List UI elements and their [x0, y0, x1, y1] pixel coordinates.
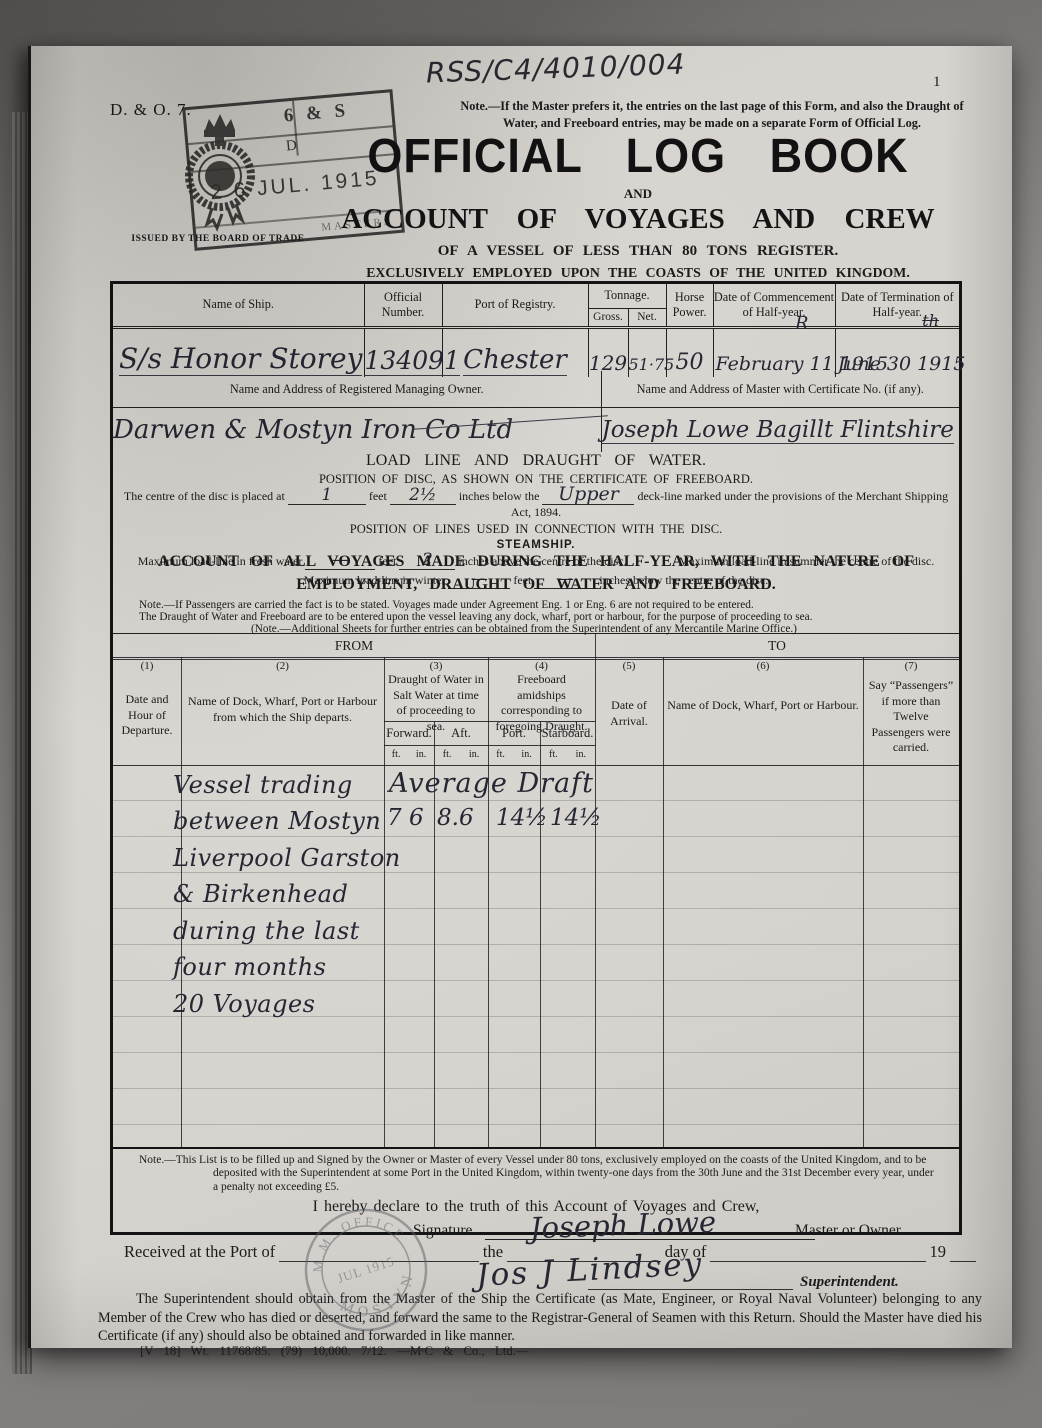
stamp-date-text: JUL 1915 [335, 1253, 396, 1286]
voyage-entry-line: Liverpool Garston [173, 844, 401, 872]
signature-row: Signature Joseph Lowe Master or Owner. [113, 1216, 959, 1242]
port-header: Port. [488, 721, 540, 745]
col5-header: (5)Date of Arrival. [595, 657, 663, 765]
col-header-commencement: Date of Commencement of Half-year. [713, 284, 835, 328]
freeboard-starboard-value: 14½ [550, 805, 602, 831]
col4-header: (4)Freeboard amidships corresponding to … [488, 657, 595, 721]
header-note: Note.—If the Master prefers it, the entr… [458, 98, 966, 131]
log-book-page: 1 D. & O. 7. RSS/C4/4010/004 Note.—If th… [28, 46, 1012, 1348]
form-body: Name of Ship. Official Number. Port of R… [110, 281, 962, 1235]
superintendent-instructions: The Superintendent should obtain from th… [98, 1290, 982, 1346]
col-header-owner: Name and Address of Registered Managing … [113, 371, 601, 408]
master-value: Joseph Lowe Bagillt Flintshire [602, 417, 954, 444]
owner-value: Darwen & Mostyn Iron Co Ltd [113, 415, 513, 445]
deck-line-slot: Upper [542, 489, 634, 505]
load-line-line1: POSITION OF DISC, AS SHOWN ON THE CERTIF… [113, 472, 959, 487]
freeboard-port-value: 14½ [496, 805, 548, 831]
rule [384, 657, 385, 1148]
col7-header: (7)Say “Passengers” if more than Twelve … [863, 657, 959, 765]
forward-header: Forward. [384, 721, 434, 745]
ft-in-units: ft.in. [488, 745, 540, 765]
voyage-entry-line: 20 Voyages [173, 990, 316, 1018]
binding-edge [28, 46, 31, 1348]
centre-feet-slot: 1 [288, 489, 366, 505]
col2-header: (2)Name of Dock, Wharf, Port or Harbour … [181, 657, 384, 765]
load-line-centre: The centre of the disc is placed at 1 fe… [113, 489, 959, 520]
rule [863, 657, 864, 1148]
average-draft-note: Average Draft [389, 768, 594, 799]
from-header: FROM [113, 634, 595, 657]
form-subtitle-2: OF A VESSEL OF LESS THAN 80 TONS REGISTE… [328, 243, 948, 260]
draft-aft-value: 8.6 [437, 805, 474, 831]
voyage-entry-line: during the last [173, 917, 360, 945]
title-block: OFFICIAL LOG BOOK AND ACCOUNT OF VOYAGES… [328, 130, 948, 281]
col-header-net: Net. [628, 309, 666, 328]
scan-background: 1 D. & O. 7. RSS/C4/4010/004 Note.—If th… [0, 0, 1042, 1428]
draft-forward-value: 7 6 [387, 805, 424, 831]
superintendent-label: Superintendent. [800, 1274, 899, 1291]
col-header-horse-power: Horse Power. [666, 284, 713, 328]
to-header: TO [595, 634, 959, 657]
starboard-header: Starboard. [540, 721, 595, 745]
ft-in-units: ft.in. [540, 745, 595, 765]
rule [595, 634, 596, 1148]
master-or-owner-label: Master or Owner. [795, 1222, 904, 1240]
title-and: AND [328, 186, 948, 202]
aft-header: Aft. [434, 721, 488, 745]
col-header-gross: Gross. [588, 309, 628, 328]
col-header-tonnage: Tonnage. [588, 284, 666, 309]
voyage-entry-line: four months [173, 953, 326, 981]
archive-reference-handwritten: RSS/C4/4010/004 [426, 47, 686, 89]
deposit-note: Note.—This List is to be filled up and S… [113, 1154, 941, 1194]
col-header-official-number: Official Number. [364, 284, 442, 328]
load-line-title: LOAD LINE AND DRAUGHT OF WATER. [113, 452, 959, 470]
col-header-port: Port of Registry. [442, 284, 588, 328]
col1-header: (1)Date and Hour of Departure. [113, 657, 181, 765]
account-heading: ACCOUNT OF ALL VOYAGES MADE DURING THE H… [113, 550, 959, 596]
form-subtitle: ACCOUNT OF VOYAGES AND CREW [328, 203, 948, 236]
col-header-termination: Date of Termination of Half-year. [835, 284, 959, 328]
col3-header: (3)Draught of Water in Salt Water at tim… [384, 657, 488, 721]
ft-in-units: ft.in. [384, 745, 434, 765]
ft-in-units: ft.in. [434, 745, 488, 765]
account-notes: Note.—If Passengers are carried the fact… [139, 600, 939, 636]
form-subtitle-3: EXCLUSIVELY EMPLOYED UPON THE COASTS OF … [328, 265, 948, 281]
termination-annotation: th [922, 311, 939, 330]
ship-particulars-table: Name of Ship. Official Number. Port of R… [113, 284, 959, 377]
board-of-trade-crest-icon [176, 110, 264, 234]
load-line-line2: POSITION OF LINES USED IN CONNECTION WIT… [113, 522, 959, 537]
rule [663, 657, 664, 1148]
issued-by-caption: ISSUED BY THE BOARD OF TRADE [126, 234, 310, 244]
commencement-annotation: R [795, 313, 809, 334]
blank-line [950, 1246, 976, 1262]
voyage-entry-line: between Mostyn [173, 807, 381, 835]
page-number: 1 [933, 74, 941, 91]
col-header-ship-name: Name of Ship. [113, 284, 364, 328]
col-header-master: Name and Address of Master with Certific… [601, 371, 959, 408]
voyage-entry-line: Vessel trading [173, 771, 353, 799]
centre-inches-slot: 2½ [390, 489, 456, 505]
deposit-note-section: Note.—This List is to be filled up and S… [113, 1147, 959, 1235]
voyages-table: FROM TO (1)Date and Hour of Departure. (… [113, 633, 959, 1148]
rule [488, 657, 489, 1148]
signature-line [485, 1239, 815, 1240]
blank-line [710, 1246, 925, 1262]
voyage-entry-line: & Birkenhead [173, 880, 348, 908]
col6-header: (6)Name of Dock, Wharf, Port or Harbour. [663, 657, 863, 765]
form-title: OFFICIAL LOG BOOK [367, 128, 908, 184]
owner-master-table: Name and Address of Registered Managing … [113, 371, 959, 452]
